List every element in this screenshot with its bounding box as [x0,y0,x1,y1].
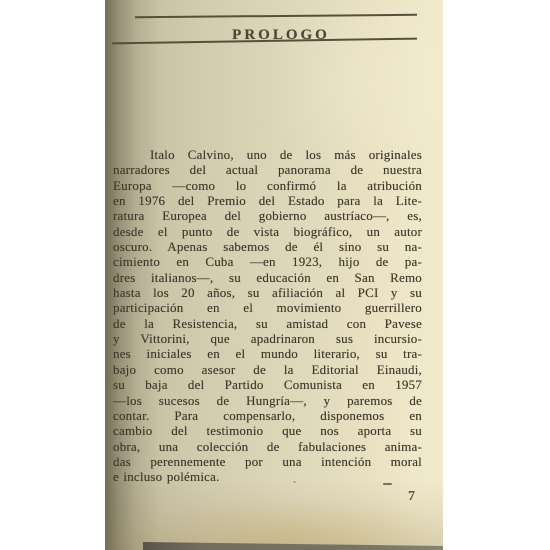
text-line: Europa —como lo confirmó la atribución [113,178,422,193]
text-line: —los sucesos de Hungría—, y paremos de [113,393,422,408]
text-line: desde el punto de vista biográfico, un a… [113,224,422,239]
text-line: Italo Calvino, uno de los más originales [113,147,422,162]
scanned-book-page: PROLOGO Italo Calvino, uno de los más or… [0,0,550,550]
text-line: cimiento en Cuba —en 1923, hijo de pa- [113,254,422,269]
text-line: obra, una colección de fabulaciones anim… [113,439,422,454]
text-line: ratura Europea del gobierno austríaco—, … [113,208,422,223]
book-bottom-edge [143,542,443,550]
text-line: nes iniciales en el mundo literario, su … [113,346,422,361]
text-line: y Vittorini, que apadrinaron sus incursi… [113,331,422,346]
text-line: contar. Para compensarlo, disponemos en [113,408,422,423]
page-number: 7 [408,489,415,505]
prologue-paragraph: Italo Calvino, uno de los más originales… [113,147,422,485]
text-line: participación en el movimiento guerrille… [113,300,422,315]
text-line: de la Resistencia, su amistad con Pavese [113,316,422,331]
header-rule-top [135,14,417,18]
text-line: en 1976 del Premio del Estado para la Li… [113,193,422,208]
text-line: su baja del Partido Comunista en 1957 [113,377,422,392]
scan-speck [383,483,392,485]
scan-speck [293,481,296,483]
text-line: bajo como asesor de la Editorial Einaudi… [113,362,422,377]
text-line: dres italianos—, su educación en San Rem… [113,270,422,285]
text-line: narradores del actual panorama de nuestr… [113,162,422,177]
text-line: e incluso polémica. [113,469,422,484]
text-line: hasta los 20 años, su afiliación al PCI … [113,285,422,300]
text-line: cambio del testimonio que nos aporta su [113,423,422,438]
book-page: PROLOGO Italo Calvino, uno de los más or… [105,0,443,550]
text-line: das perennemente por una intención moral [113,454,422,469]
text-line: oscuro. Apenas sabemos de él sino su na- [113,239,422,254]
